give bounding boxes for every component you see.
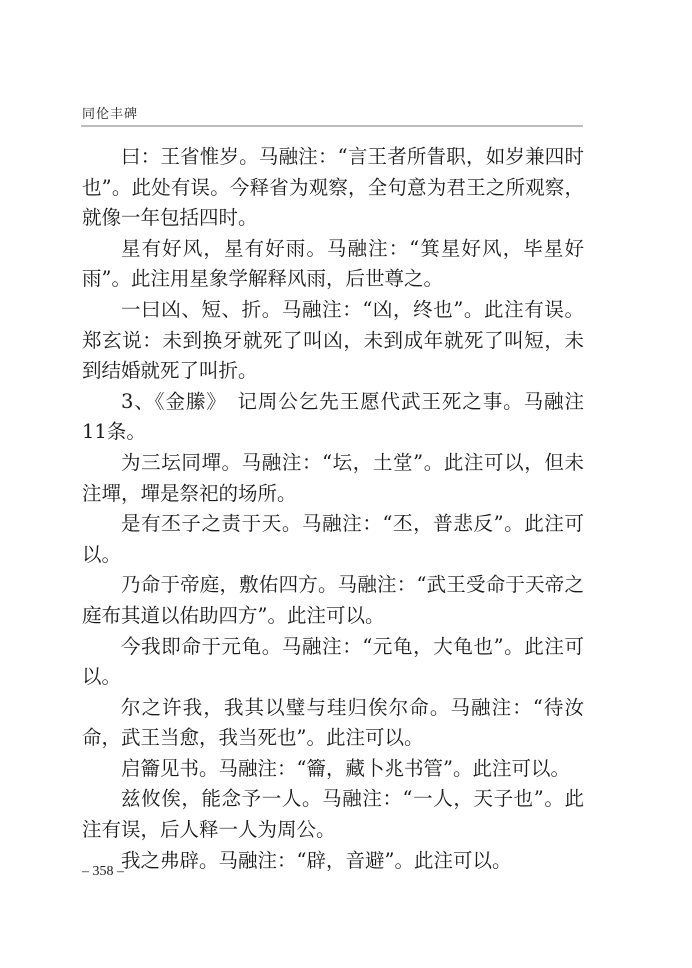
body-text: 曰：王省惟岁。马融注：“言王者所眚职，如岁兼四时也”。此处有误。今释省为观察，全… xyxy=(82,142,584,876)
header-rule xyxy=(81,125,583,127)
paragraph: 今我即命于元龟。马融注：“元龟，大龟也”。此注可以。 xyxy=(82,632,584,693)
paragraph: 一曰凶、短、折。马融注：“凶，终也”。此注有误。郑玄说：未到换牙就死了叫凶，未到… xyxy=(82,295,584,387)
paragraph: 是有丕子之责于天。马融注：“丕，普悲反”。此注可以。 xyxy=(82,509,584,570)
paragraph: 我之弗辟。马融注：“辟，音避”。此注可以。 xyxy=(82,846,584,877)
paragraph: 星有好风，星有好雨。马融注：“箕星好风，毕星好雨”。此注用星象学解释风雨，后世尊… xyxy=(82,234,584,295)
paragraph: 乃命于帝庭，敷佑四方。马融注：“武王受命于天帝之庭布其道以佑助四方”。此注可以。 xyxy=(82,570,584,631)
running-head: 同伦丰碑 xyxy=(82,103,138,122)
paragraph: 尔之许我，我其以璧与珪归俟尔命。马融注：“待汝命，武王当愈，我当死也”。此注可以… xyxy=(82,693,584,754)
paragraph: 启籥见书。马融注：“籥，藏卜兆书管”。此注可以。 xyxy=(82,754,584,785)
paragraph: 3、《金縢》 记周公乞先王愿代武王死之事。马融注11条。 xyxy=(82,387,584,448)
paragraph: 曰：王省惟岁。马融注：“言王者所眚职，如岁兼四时也”。此处有误。今释省为观察，全… xyxy=(82,142,584,234)
paragraph: 为三坛同墠。马融注：“坛，土堂”。此注可以，但未注墠，墠是祭祀的场所。 xyxy=(82,448,584,509)
page-number: – 358 – xyxy=(82,864,124,880)
paragraph: 兹攸俟，能念予一人。马融注：“一人，天子也”。此注有误，后人释一人为周公。 xyxy=(82,784,584,845)
